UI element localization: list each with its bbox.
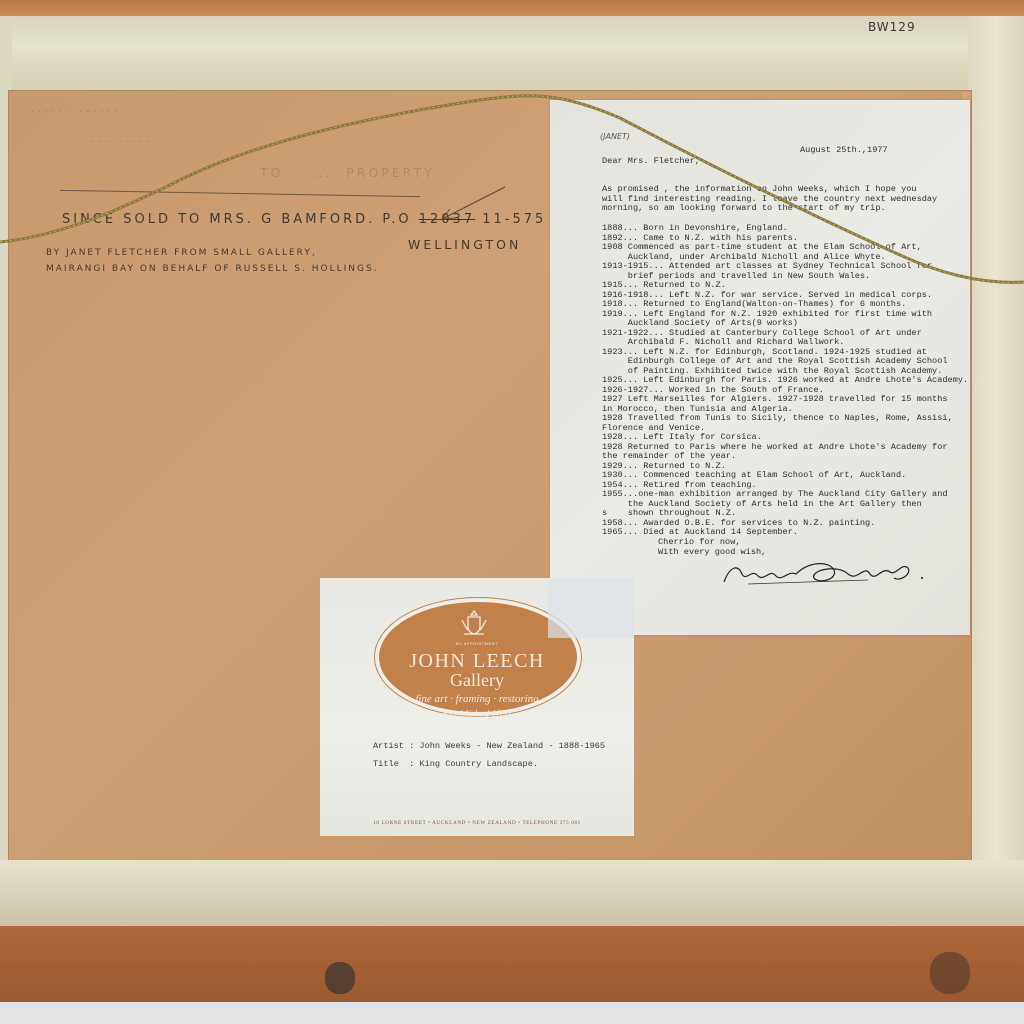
faint-pencil-note: ... ..... [90,130,153,145]
gallery-tagline: fine art · framing · restoring [320,693,634,705]
faint-pencil-note: TO ....... PROPERTY [260,165,435,180]
artist-line: Artist : John Weeks - New Zealand - 1888… [373,741,605,751]
letter-timeline: 1888... Born in Devonshire, England. 189… [602,224,968,538]
faint-pencil-note: ...... ...... [30,100,121,115]
tape-bottom [0,860,1024,928]
label-tape-patch [548,578,634,638]
letter-annotation: (JANET) [600,132,630,141]
signature-icon [718,556,928,588]
frame-top-rail [0,0,1024,16]
letter-date: August 25th.,1977 [800,146,888,156]
sold-text: SINCE SOLD TO MRS. G BAMFORD. P.O [62,212,412,227]
provenance-note: MAIRANGI BAY ON BEHALF OF RUSSELL S. HOL… [46,264,379,274]
gallery-established: Established 1855 [320,709,634,720]
letter-intro: As promised , the information on John We… [602,185,937,214]
wood-knot [930,952,970,994]
provenance-note: BY JANET FLETCHER FROM SMALL GALLERY, [46,248,317,258]
royal-crest-icon [458,608,490,640]
inventory-tag: BW129 [868,20,916,34]
city-note: WELLINGTON [408,237,521,252]
gallery-address: 10 LORNE STREET • AUCKLAND • NEW ZEALAND… [320,820,634,826]
tape-right [968,16,1024,926]
title-line: Title : King Country Landscape. [373,759,538,769]
background-surface [0,1002,1024,1024]
arrow-icon [430,185,510,225]
frame-bottom-rail [0,926,1024,1002]
letter-closing: Cherrio for now, With every good wish, [658,538,766,557]
gallery-subtitle: Gallery [320,670,634,691]
letter-greeting: Dear Mrs. Fletcher, [602,157,700,167]
provenance-letter: August 25th.,1977 (JANET) Dear Mrs. Flet… [550,100,970,635]
wood-knot [325,962,355,994]
appointment-text: BY APPOINTMENT [320,641,634,646]
